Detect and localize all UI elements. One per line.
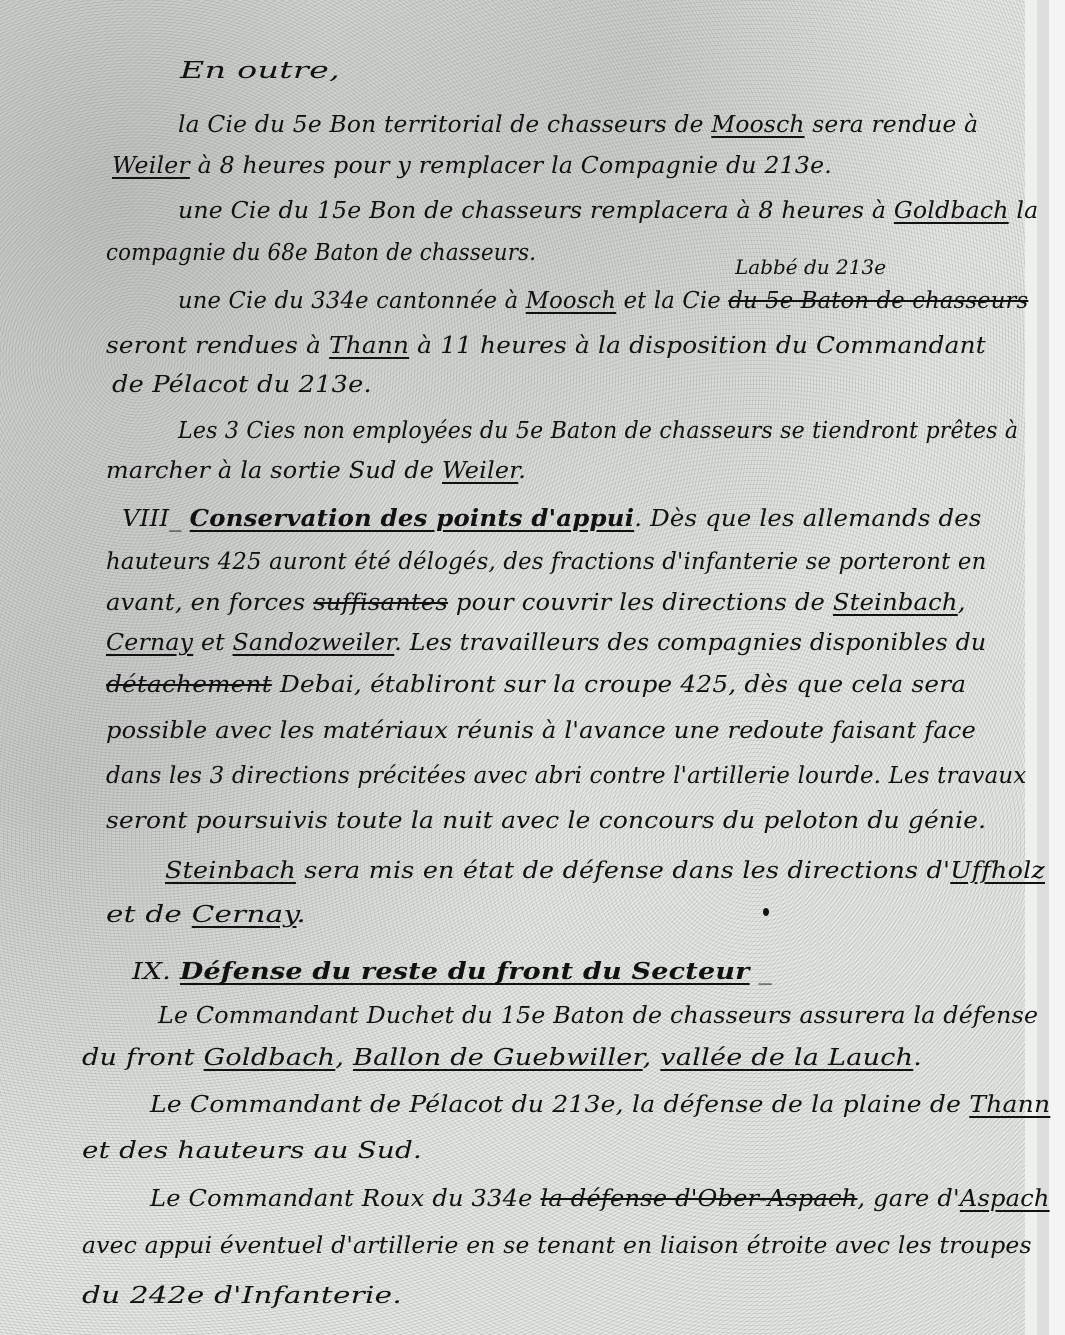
text-line: marcher à la sortie Sud de Weiler. xyxy=(106,458,526,484)
underlined-place-name: Steinbach xyxy=(833,590,958,616)
underlined-place-name: Thann xyxy=(329,333,409,359)
text-line: seront rendues à Thann à 11 heures à la … xyxy=(106,333,986,359)
text-run: Le Commandant Duchet du 15e Baton de cha… xyxy=(158,1003,1038,1029)
text-run: IX. xyxy=(132,959,180,985)
text-run: , xyxy=(335,1045,353,1071)
underlined-place-name: Weiler xyxy=(112,153,190,179)
text-line: compagnie du 68e Baton de chasseurs. xyxy=(106,240,536,266)
underlined-place-name: Moosch xyxy=(711,112,804,138)
text-line: avant, en forces suffisantes pour couvri… xyxy=(106,590,966,616)
text-line: de Pélacot du 213e. xyxy=(112,372,372,398)
text-run: sera mis en état de défense dans les dir… xyxy=(296,858,950,884)
underlined-place-name: Cernay xyxy=(106,630,193,656)
struck-text: suffisantes xyxy=(313,590,448,616)
text-run: possible avec les matériaux réunis à l'a… xyxy=(106,718,976,744)
underlined-place-name: Ballon de Guebwiller xyxy=(353,1045,643,1071)
text-run: dans les 3 directions précitées avec abr… xyxy=(106,763,1026,789)
struck-text: du 5e Baton de chasseurs xyxy=(728,288,1028,314)
text-run: et la Cie xyxy=(616,288,728,314)
text-run: VIII_ xyxy=(122,506,190,532)
text-line: détachement Debai, établiront sur la cro… xyxy=(106,672,966,698)
underlined-place-name: Cernay xyxy=(192,902,297,928)
ink-spot xyxy=(763,908,769,916)
text-run: une Cie du 15e Bon de chasseurs remplace… xyxy=(178,198,894,224)
text-line: Le Commandant de Pélacot du 213e, la déf… xyxy=(150,1092,1050,1118)
text-run: . xyxy=(913,1045,922,1071)
text-run: à 11 heures à la disposition du Commanda… xyxy=(409,333,986,359)
text-line: dans les 3 directions précitées avec abr… xyxy=(106,763,1026,789)
text-run: et xyxy=(193,630,232,656)
text-run: pour couvrir les directions de xyxy=(448,590,833,616)
text-run: à 8 heures pour y remplacer la Compagnie… xyxy=(190,153,832,179)
text-line: une Cie du 15e Bon de chasseurs remplace… xyxy=(178,198,1038,224)
underlined-place-name: Goldbach xyxy=(894,198,1009,224)
text-run: une Cie du 334e cantonnée à xyxy=(178,288,526,314)
text-run: du 242e d'Infanterie. xyxy=(82,1283,402,1309)
text-run: avant, en forces xyxy=(106,590,313,616)
text-line: une Cie du 334e cantonnée à Moosch et la… xyxy=(178,288,1028,314)
text-run: . xyxy=(296,902,306,928)
struck-text: détachement xyxy=(106,672,272,698)
section-heading: Conservation des points d'appui xyxy=(190,505,635,532)
text-run: marcher à la sortie Sud de xyxy=(106,458,442,484)
text-run: , xyxy=(643,1045,661,1071)
text-run: Le Commandant de Pélacot du 213e, la déf… xyxy=(150,1092,969,1118)
text-line: Weiler à 8 heures pour y remplacer la Co… xyxy=(112,153,832,179)
text-run: sera rendue à xyxy=(805,112,979,138)
struck-text: la défense d'Ober-Aspach xyxy=(540,1186,857,1212)
text-run: En outre, xyxy=(180,58,340,84)
text-run: . Dès que les allemands des xyxy=(634,506,981,532)
text-line: du front Goldbach, Ballon de Guebwiller,… xyxy=(82,1045,922,1071)
underlined-place-name: Aspach xyxy=(960,1186,1050,1212)
text-run: compagnie du 68e Baton de chasseurs. xyxy=(106,240,536,266)
section-heading: Défense du reste du front du Secteur xyxy=(180,958,750,985)
text-line: Steinbach sera mis en état de défense da… xyxy=(165,858,1045,884)
text-run: avec appui éventuel d'artillerie en se t… xyxy=(82,1233,1032,1259)
text-run: Le Commandant Roux du 334e xyxy=(150,1186,540,1212)
text-run: la Cie du 5e Bon territorial de chasseur… xyxy=(178,112,711,138)
underlined-place-name: Weiler xyxy=(442,458,518,484)
text-run: et des hauteurs au Sud. xyxy=(82,1138,422,1164)
text-line: Les 3 Cies non employées du 5e Baton de … xyxy=(178,418,1018,444)
text-run: hauteurs 425 auront été délogés, des fra… xyxy=(106,549,986,575)
text-line: Le Commandant Duchet du 15e Baton de cha… xyxy=(158,1003,1038,1029)
text-line: la Cie du 5e Bon territorial de chasseur… xyxy=(178,112,978,138)
text-run: seront rendues à xyxy=(106,333,329,359)
text-line: VIII_ Conservation des points d'appui. D… xyxy=(122,505,982,532)
text-run: Les 3 Cies non employées du 5e Baton de … xyxy=(178,418,1018,444)
text-line: du 242e d'Infanterie. xyxy=(82,1283,402,1309)
text-run: _ xyxy=(750,959,773,985)
underlined-place-name: Goldbach xyxy=(204,1045,336,1071)
handwritten-text: Labbé du 213e En outre,la Cie du 5e Bon … xyxy=(0,0,1065,1335)
text-run: . xyxy=(518,458,526,484)
text-run: et de xyxy=(106,902,192,928)
text-run: Debai, établiront sur la croupe 425, dès… xyxy=(272,672,966,698)
text-line: Le Commandant Roux du 334e la défense d'… xyxy=(150,1186,1050,1212)
text-line: possible avec les matériaux réunis à l'a… xyxy=(106,718,976,744)
text-run: du front xyxy=(82,1045,204,1071)
underlined-place-name: Thann xyxy=(969,1092,1050,1118)
text-line: hauteurs 425 auront été délogés, des fra… xyxy=(106,549,986,575)
text-line: seront poursuivis toute la nuit avec le … xyxy=(106,808,986,834)
underlined-place-name: Sandozweiler xyxy=(233,630,395,656)
text-run: , xyxy=(958,590,966,616)
underlined-place-name: vallée de la Lauch xyxy=(660,1045,913,1071)
text-line: En outre, xyxy=(180,58,340,84)
underlined-place-name: Uffholz xyxy=(950,858,1045,884)
underlined-place-name: Moosch xyxy=(526,288,616,314)
text-line: et des hauteurs au Sud. xyxy=(82,1138,422,1164)
text-run: de Pélacot du 213e. xyxy=(112,372,372,398)
interlinear-insert: Labbé du 213e xyxy=(735,255,886,279)
text-run: la xyxy=(1009,198,1039,224)
text-run: , gare d' xyxy=(857,1186,959,1212)
text-line: Cernay et Sandozweiler. Les travailleurs… xyxy=(106,630,986,656)
text-line: IX. Défense du reste du front du Secteur… xyxy=(132,958,772,985)
text-run: . Les travailleurs des compagnies dispon… xyxy=(394,630,986,656)
text-run: seront poursuivis toute la nuit avec le … xyxy=(106,808,986,834)
underlined-place-name: Steinbach xyxy=(165,858,296,884)
text-line: avec appui éventuel d'artillerie en se t… xyxy=(82,1233,1032,1259)
text-line: et de Cernay. xyxy=(106,902,306,928)
